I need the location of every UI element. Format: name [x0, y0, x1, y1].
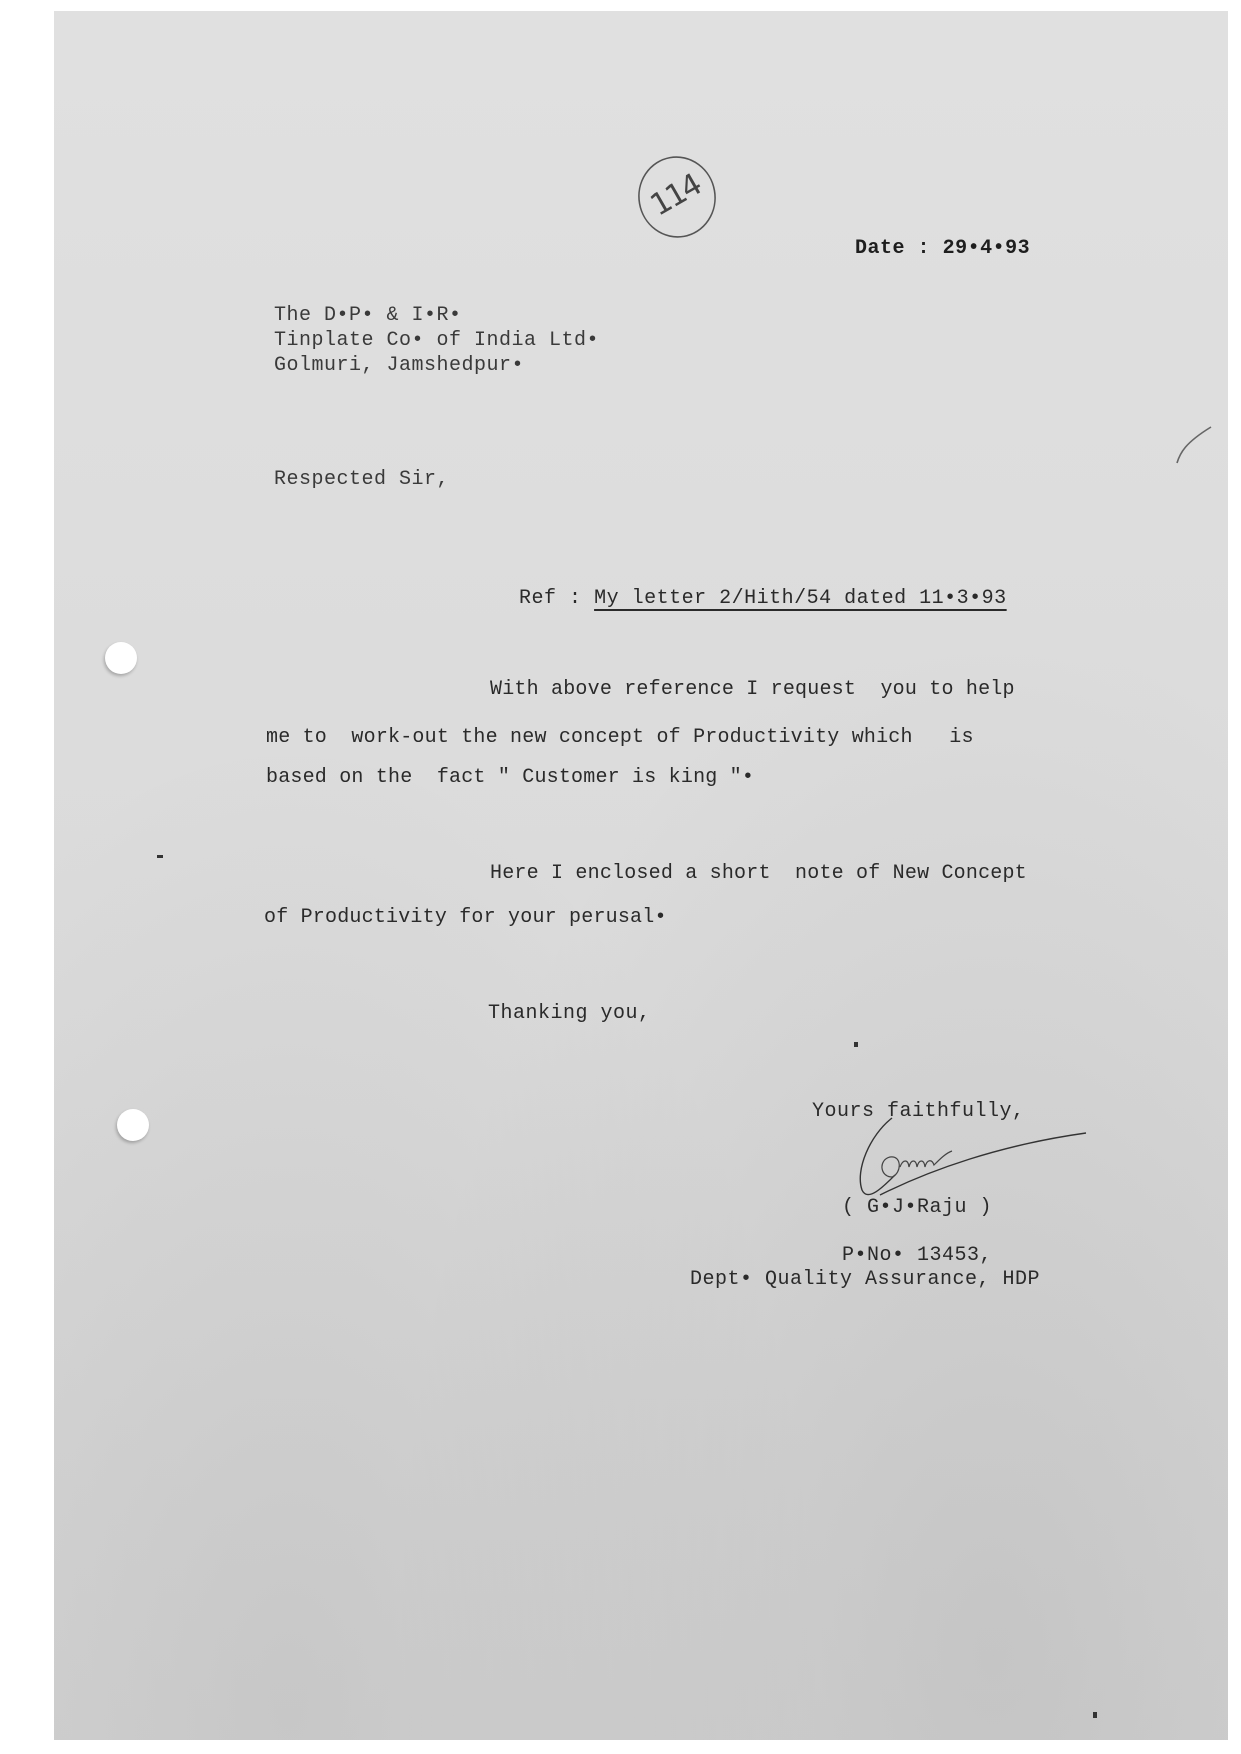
recipient-line-3: Golmuri, Jamshedpur•	[274, 354, 524, 377]
stray-pen-mark	[1175, 425, 1215, 465]
signatory-personal-number: P•No• 13453,	[842, 1244, 992, 1267]
signatory-department: Dept• Quality Assurance, HDP	[690, 1268, 1040, 1291]
salutation: Respected Sir,	[274, 468, 449, 491]
reference-line: Ref : My letter 2/Hith/54 dated 11•3•93	[494, 564, 1007, 610]
reference-separator: :	[569, 587, 582, 610]
ink-speck	[157, 855, 163, 858]
ink-speck	[854, 1042, 858, 1047]
date-label: Date	[855, 237, 905, 260]
reference-label: Ref	[519, 587, 557, 610]
date-value: 29•4•93	[943, 237, 1031, 260]
punch-hole-bottom	[117, 1109, 149, 1141]
paragraph-1-line-1: With above reference I request you to he…	[490, 678, 1015, 701]
recipient-line-1: The D•P• & I•R•	[274, 304, 462, 327]
paragraph-1-line-2: me to work-out the new concept of Produc…	[266, 726, 974, 749]
date-separator: :	[918, 237, 931, 260]
date-line: Date : 29•4•93	[830, 214, 1030, 260]
paragraph-1-line-3: based on the fact " Customer is king "•	[266, 766, 754, 789]
paragraph-2-line-2: of Productivity for your perusal•	[264, 906, 667, 929]
reference-text: My letter 2/Hith/54 dated 11•3•93	[594, 587, 1007, 610]
ink-speck	[1093, 1712, 1097, 1718]
paragraph-2-line-1: Here I enclosed a short note of New Conc…	[490, 862, 1027, 885]
closing-line: Thanking you,	[488, 1002, 651, 1025]
signatory-name: ( G•J•Raju )	[842, 1196, 992, 1219]
recipient-line-2: Tinplate Co• of India Ltd•	[274, 329, 599, 352]
punch-hole-top	[105, 642, 137, 674]
